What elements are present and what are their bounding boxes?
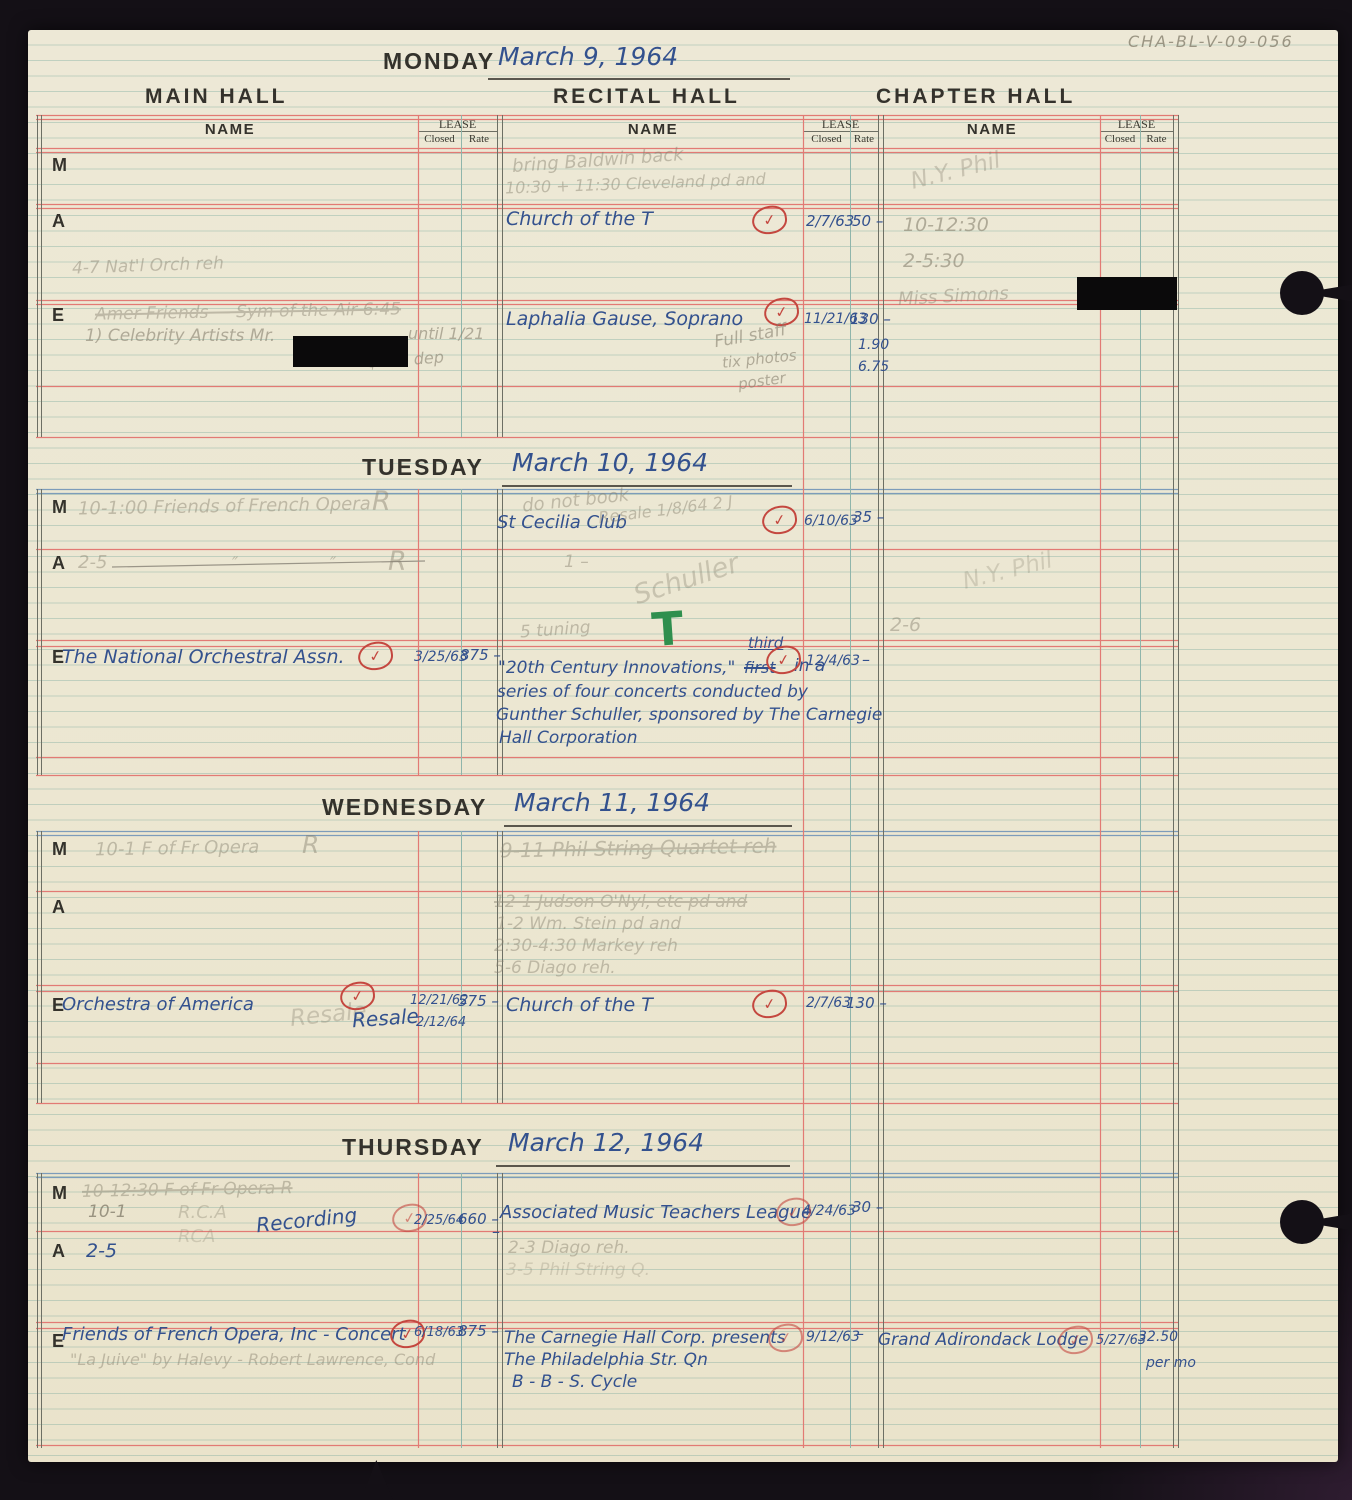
col-header-rate-chapter: Rate	[1140, 134, 1173, 145]
scanned-ledger-page: CHA-BL-V-09-056 MONDAY March 9, 1964 MAI…	[0, 0, 1352, 1500]
monday-recital-evening-rate2: 1.90	[858, 338, 889, 352]
thursday-main-morning-time: 10-1	[88, 1204, 127, 1221]
row-letter-morning: M	[52, 156, 67, 174]
col-header-lease-chapter: LEASE	[1100, 118, 1173, 130]
tuesday-main-evening-rate: 875 –	[460, 648, 501, 663]
wednesday-main-evening-name: Orchestra of America	[62, 996, 254, 1014]
tuesday-recital-evening-closed: 12/4/63	[806, 654, 860, 668]
wednesday-main-morning: 10-1 F of Fr Opera	[95, 839, 260, 860]
tuesday-main-afternoon-r: R	[388, 548, 407, 575]
col-header-name-main: NAME	[42, 122, 418, 137]
thursday-recital-morning-rate: 30 –	[852, 1200, 883, 1215]
col-header-rate-main: Rate	[461, 134, 497, 145]
day-label-thursday: THURSDAY	[342, 1136, 484, 1159]
thursday-recital-afternoon-line1: 2-3 Diago reh.	[508, 1240, 630, 1257]
wednesday-main-evening-rate: 575 –	[458, 994, 499, 1009]
tuesday-recital-evening-rate: –	[862, 652, 870, 668]
tuesday-recital-evening-line1: "20th Century Innovations,"	[498, 660, 735, 677]
thursday-main-afternoon-time: 2-5	[86, 1242, 117, 1261]
thursday-main-morning-struck: 10-12:30 F of Fr Opera R	[82, 1180, 293, 1201]
monday-main-evening-until: until 1/21	[408, 326, 484, 342]
monday-main-evening-line2: 1) Celebrity Artists Mr.	[85, 328, 275, 345]
tuesday-recital-morning-closed: 6/10/63	[804, 514, 858, 528]
col-header-closed-main: Closed	[418, 134, 461, 145]
row-letter-afternoon: A	[52, 1242, 65, 1260]
tuesday-main-morning: 10-1:00 Friends of French Opera	[78, 495, 371, 518]
thursday-chapter-evening-rate: 32.50	[1138, 1330, 1178, 1344]
ditto-mark: ″	[330, 556, 336, 573]
thursday-main-afternoon-rca: RCA	[178, 1228, 215, 1246]
thursday-recital-evening-line2: The Philadelphia Str. Qn	[504, 1352, 708, 1369]
row-letter-morning: M	[52, 1184, 67, 1202]
day-label-wednesday: WEDNESDAY	[322, 796, 487, 819]
monday-recital-evening-name: Laphalia Gause, Soprano	[506, 310, 743, 329]
tuesday-main-afternoon: 2-5	[78, 554, 107, 572]
thursday-recital-morning-name: Associated Music Teachers League	[500, 1204, 812, 1222]
thursday-main-evening-closed: 6/18/63	[414, 1326, 464, 1339]
tuesday-recital-afternoon-note1: 1 –	[564, 554, 589, 571]
monday-recital-afternoon-name: Church of the T	[506, 210, 653, 229]
day-label-monday: MONDAY	[383, 50, 495, 73]
day-label-tuesday: TUESDAY	[362, 456, 484, 479]
wednesday-recital-afternoon-line2: 1-2 Wm. Stein pd and	[496, 916, 681, 933]
catalog-number: CHA-BL-V-09-056	[1128, 34, 1294, 50]
monday-recital-afternoon-rate: 50 –	[852, 214, 883, 229]
tuesday-recital-evening-note: 5 tuning	[519, 620, 591, 642]
row-letter-morning: M	[52, 840, 67, 858]
wednesday-recital-evening-rate: 130 –	[846, 996, 887, 1011]
thursday-main-evening-name: Friends of French Opera, Inc - Concert	[62, 1326, 406, 1344]
monday-chapter-afternoon-time2: 2-5:30	[903, 252, 965, 271]
hall-title-recital: RECITAL HALL	[553, 86, 740, 107]
row-letter-evening: E	[52, 306, 64, 324]
monday-chapter-afternoon-time1: 10-12:30	[903, 216, 989, 235]
hall-title-chapter: CHAPTER HALL	[876, 86, 1075, 107]
hall-title-main: MAIN HALL	[145, 86, 287, 107]
col-header-rate-recital: Rate	[850, 134, 878, 145]
thursday-recital-morning-closed: 4/24/63	[802, 1204, 856, 1218]
wednesday-recital-evening-name: Church of the T	[506, 996, 653, 1015]
redaction-box	[293, 336, 408, 367]
ledger-grid-lines	[0, 0, 1352, 1500]
col-header-name-chapter: NAME	[884, 122, 1100, 137]
thursday-recital-morning-dash: –	[492, 1224, 500, 1240]
thursday-recital-evening-rate: –	[856, 1326, 864, 1342]
tuesday-main-evening-name: The National Orchestral Assn.	[62, 648, 345, 667]
wednesday-main-evening-closed2: 2/12/64	[416, 1016, 466, 1029]
row-letter-morning: M	[52, 498, 67, 516]
col-header-closed-recital: Closed	[803, 134, 850, 145]
tuesday-recital-evening-line2: series of four concerts conducted by	[497, 684, 808, 701]
redaction-box	[1077, 277, 1177, 310]
col-header-lease-main: LEASE	[418, 118, 497, 130]
green-annotation-t: T	[650, 605, 685, 653]
wednesday-recital-afternoon-line4: 5-6 Diago reh.	[494, 960, 616, 977]
monday-recital-evening-rate: 130 –	[850, 312, 891, 327]
tuesday-recital-morning-rate: 35 –	[853, 510, 884, 525]
row-letter-afternoon: A	[52, 212, 65, 230]
tuesday-main-morning-r: R	[372, 488, 391, 515]
thursday-main-evening-rate: 875 –	[458, 1324, 499, 1339]
tuesday-chapter-afternoon-time: 2-6	[890, 616, 921, 635]
thursday-recital-afternoon-line2: 3-5 Phil String Q.	[506, 1262, 650, 1279]
col-header-closed-chapter: Closed	[1100, 134, 1140, 145]
ditto-mark: ″	[232, 556, 238, 573]
monday-recital-evening-rate3: 6.75	[858, 360, 889, 374]
thursday-main-morning-rca: R.C.A	[178, 1204, 227, 1222]
thursday-main-evening-line2: "La Juive" by Halevy - Robert Lawrence, …	[70, 1352, 435, 1368]
tuesday-recital-evening-line4: Hall Corporation	[499, 730, 637, 747]
thursday-recital-evening-line3: B - B - S. Cycle	[512, 1374, 637, 1391]
wednesday-main-morning-r: R	[302, 832, 319, 857]
wednesday-recital-afternoon-line1: 12-1 Judson O'Nyl, etc pd and	[494, 894, 747, 911]
day-date-monday: March 9, 1964	[498, 44, 678, 69]
day-date-thursday: March 12, 1964	[508, 1130, 704, 1155]
day-date-wednesday: March 11, 1964	[514, 790, 710, 815]
col-header-name-recital: NAME	[503, 122, 803, 137]
thursday-chapter-evening-name: Grand Adirondack Lodge	[878, 1332, 1089, 1349]
row-letter-afternoon: A	[52, 898, 65, 916]
wednesday-main-evening-resale-ink: Resale	[351, 1006, 419, 1031]
wednesday-recital-evening-closed: 2/7/63	[806, 996, 851, 1010]
thursday-recital-evening-line1: The Carnegie Hall Corp. presents	[504, 1330, 786, 1347]
tuesday-recital-evening-line3: Gunther Schuller, sponsored by The Carne…	[496, 707, 882, 724]
thursday-chapter-evening-rate-unit: per mo	[1146, 1356, 1196, 1370]
day-date-tuesday: March 10, 1964	[512, 450, 708, 475]
wednesday-recital-afternoon-line3: 2:30-4:30 Markey reh	[494, 938, 678, 955]
row-letter-afternoon: A	[52, 554, 65, 572]
monday-recital-afternoon-closed: 2/7/63	[806, 214, 854, 229]
thursday-main-morning-closed: 2/25/64	[414, 1214, 464, 1227]
col-header-lease-recital: LEASE	[803, 118, 878, 130]
thursday-recital-evening-closed: 9/12/63	[806, 1330, 860, 1344]
wednesday-recital-morning-struck: 9-11 Phil String Quartet reh	[500, 836, 777, 861]
